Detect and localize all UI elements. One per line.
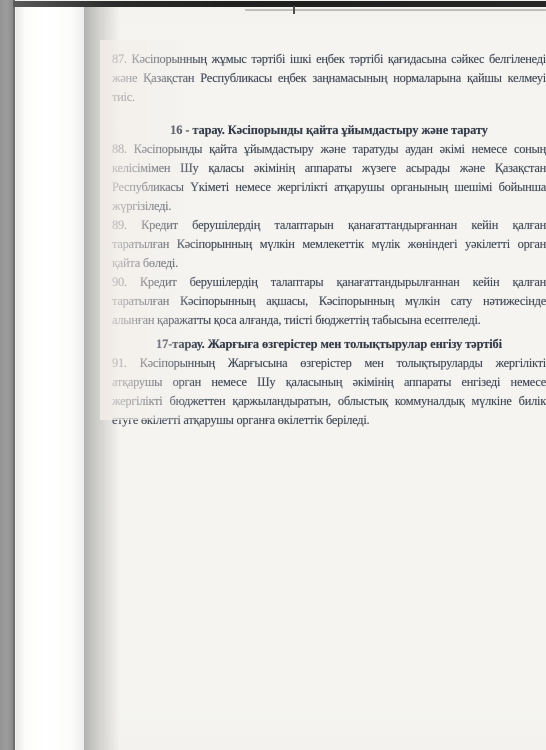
heading-line: 16 - тарау. Кәсіпорынды қайта ұйымдастыр… [112,121,546,140]
text-line: қайта бөледі. [112,254,546,273]
top-scan-line [245,9,546,11]
text-line: алынған қаражатты қоса алғанда, тиісті б… [112,311,546,330]
text-line: Республикасы Үкіметі немесе жергілікті а… [112,178,546,197]
scanner-background-strip [0,0,15,750]
paragraph-90: 90. Кредит берушілердің талаптары қанаға… [112,273,546,330]
text-line: тиіс. [112,88,546,107]
paragraph-89: 89. Кредит берушілердің талаптарын қанағ… [112,216,546,273]
paragraph-87: 87. Кәсіпорынның жұмыс тәртібі ішкі еңбе… [112,50,546,107]
scanned-document-page: 87. Кәсіпорынның жұмыс тәртібі ішкі еңбе… [0,0,546,750]
chapter-16-heading: 16 - тарау. Кәсіпорынды қайта ұйымдастыр… [112,121,546,140]
text-line: 88. Кәсіпорынды қайта ұйымдастыру және т… [112,140,546,159]
text-line: 90. Кредит берушілердің талаптары қанаға… [112,273,546,292]
text-line: таратылған Кәсіпорынның мүлкін мемлекетт… [112,235,546,254]
text-line: жергілікті бюджеттен қаржыландыратын, об… [112,392,546,411]
paragraph-91: 91. Кәсіпорынның Жарғысына өзгерістер ме… [112,354,546,430]
text-line: таратылған Кәсіпорынның ақшасы, Кәсіпоры… [112,292,546,311]
document-text: 87. Кәсіпорынның жұмыс тәртібі ішкі еңбе… [112,50,546,430]
text-line: және Қазақстан Республикасы еңбек заңнам… [112,69,546,88]
paragraph-88: 88. Кәсіпорынды қайта ұйымдастыру және т… [112,140,546,216]
text-line: атқарушы орган немесе Шу қаласының әкімі… [112,373,546,392]
text-line: 91. Кәсіпорынның Жарғысына өзгерістер ме… [112,354,546,373]
text-line: етуге өкілетті атқарушы органға өкілетті… [112,411,546,430]
heading-line: 17-тарау. Жарғыға өзгерістер мен толықты… [112,335,546,354]
top-scan-border [13,1,546,7]
top-scan-tick-mark [293,6,295,14]
page-left-edge [16,7,84,750]
chapter-17-heading: 17-тарау. Жарғыға өзгерістер мен толықты… [112,335,546,354]
text-line: келісімімен Шу қаласы әкімінің аппараты … [112,159,546,178]
text-line: 87. Кәсіпорынның жұмыс тәртібі ішкі еңбе… [112,50,546,69]
text-line: жүргізіледі. [112,197,546,216]
text-line: 89. Кредит берушілердің талаптарын қанағ… [112,216,546,235]
